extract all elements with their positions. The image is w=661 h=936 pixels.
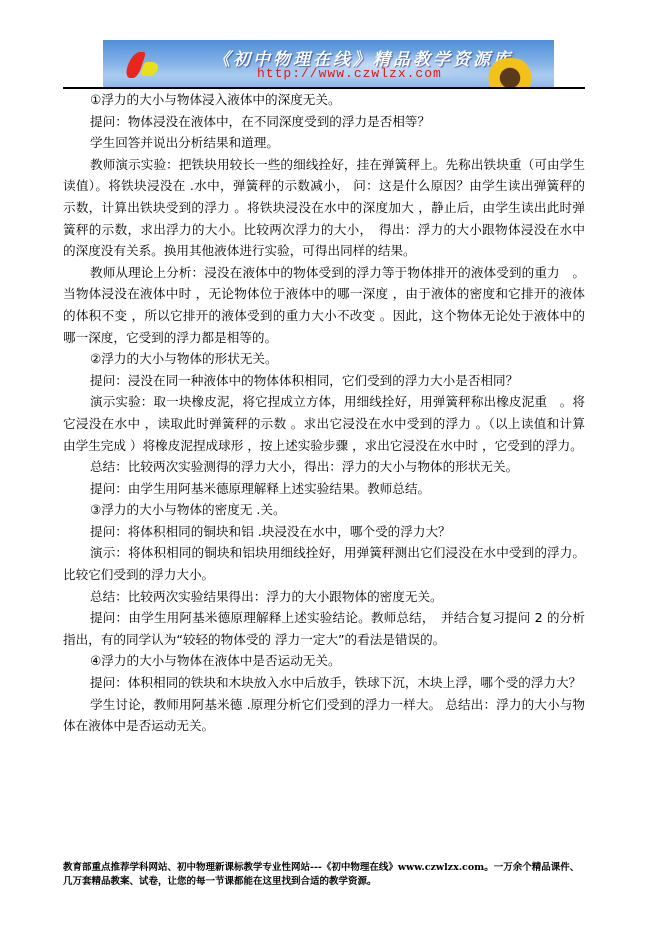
paragraph-question: 提问：浸没在同一种液体中的物体体积相同，它们受到的浮力大小是否相同？ bbox=[63, 370, 585, 392]
paragraph-analysis: 教师从理论上分析：浸没在液体中的物体受到的浮力等于物体排开的液体受到的重力 。当… bbox=[63, 262, 585, 348]
paragraph-point-3: ③浮力的大小与物体的密度无 .关。 bbox=[63, 499, 585, 521]
paragraph-point-4: ④浮力的大小与物体在液体中是否运动无关。 bbox=[63, 650, 585, 672]
paragraph-discussion: 学生讨论，教师用阿基米德 .原理分析它们受到的浮力一样大。 总结出：浮力的大小与… bbox=[63, 694, 585, 737]
paragraph-point-2: ②浮力的大小与物体的形状无关。 bbox=[63, 348, 585, 370]
banner-url: http://www.czwlzx.com bbox=[257, 66, 442, 81]
paragraph-point-1: ①浮力的大小与物体浸入液体中的深度无关。 bbox=[63, 89, 585, 111]
footer-line-2: 几万套精品教案、试卷，让您的每一节课都能在这里找到合适的教学资源。 bbox=[63, 875, 603, 889]
paragraph-question: 提问：由学生用阿基米德原理解释上述实验结论。教师总结， 并结合复习提问 2 的分… bbox=[63, 607, 585, 650]
paragraph-question: 提问：体积相同的铁块和木块放入水中后放手，铁球下沉，木块上浮，哪个受的浮力大？ bbox=[63, 672, 585, 694]
lw-logo-accent-icon bbox=[139, 62, 160, 76]
paragraph-demo: 教师演示实验：把铁块用较长一些的细线拴好，挂在弹簧秤上。先称出铁块重（可由学生读… bbox=[63, 154, 585, 262]
paragraph: 学生回答并说出分析结果和道理。 bbox=[63, 132, 585, 154]
paragraph-summary: 总结：比较两次实验结果得出：浮力的大小跟物体的密度无关。 bbox=[63, 586, 585, 608]
sunflower-icon bbox=[481, 58, 539, 87]
paragraph-question: 提问：将体积相同的铜块和铝 .块浸没在水中，哪个受的浮力大？ bbox=[63, 521, 585, 543]
paragraph-demo: 演示：将体积相同的铜块和铝块用细线拴好，用弹簧秤测出它们浸没在水中受到的浮力。比… bbox=[63, 542, 585, 585]
document-body: ①浮力的大小与物体浸入液体中的深度无关。 提问：物体浸没在液体中，在不同深度受到… bbox=[63, 89, 585, 737]
paragraph-question: 提问：物体浸没在液体中，在不同深度受到的浮力是否相等？ bbox=[63, 111, 585, 133]
footer-line-1: 教育部重点推荐学科网站、初中物理新课标教学专业性网站---《初中物理在线》www… bbox=[63, 861, 603, 875]
paragraph-summary: 总结：比较两次实验测得的浮力大小，得出：浮力的大小与物体的形状无关。 bbox=[63, 456, 585, 478]
header-banner: 《初中物理在线》精品教学资源库 http://www.czwlzx.com bbox=[103, 40, 554, 87]
paragraph-demo: 演示实验：取一块橡皮泥，将它捏成立方体，用细线拴好，用弹簧秤称出橡皮泥重 。将它… bbox=[63, 391, 585, 456]
page-footer: 教育部重点推荐学科网站、初中物理新课标教学专业性网站---《初中物理在线》www… bbox=[63, 861, 603, 889]
paragraph-question: 提问：由学生用阿基米德原理解释上述实验结果。教师总结。 bbox=[63, 478, 585, 500]
